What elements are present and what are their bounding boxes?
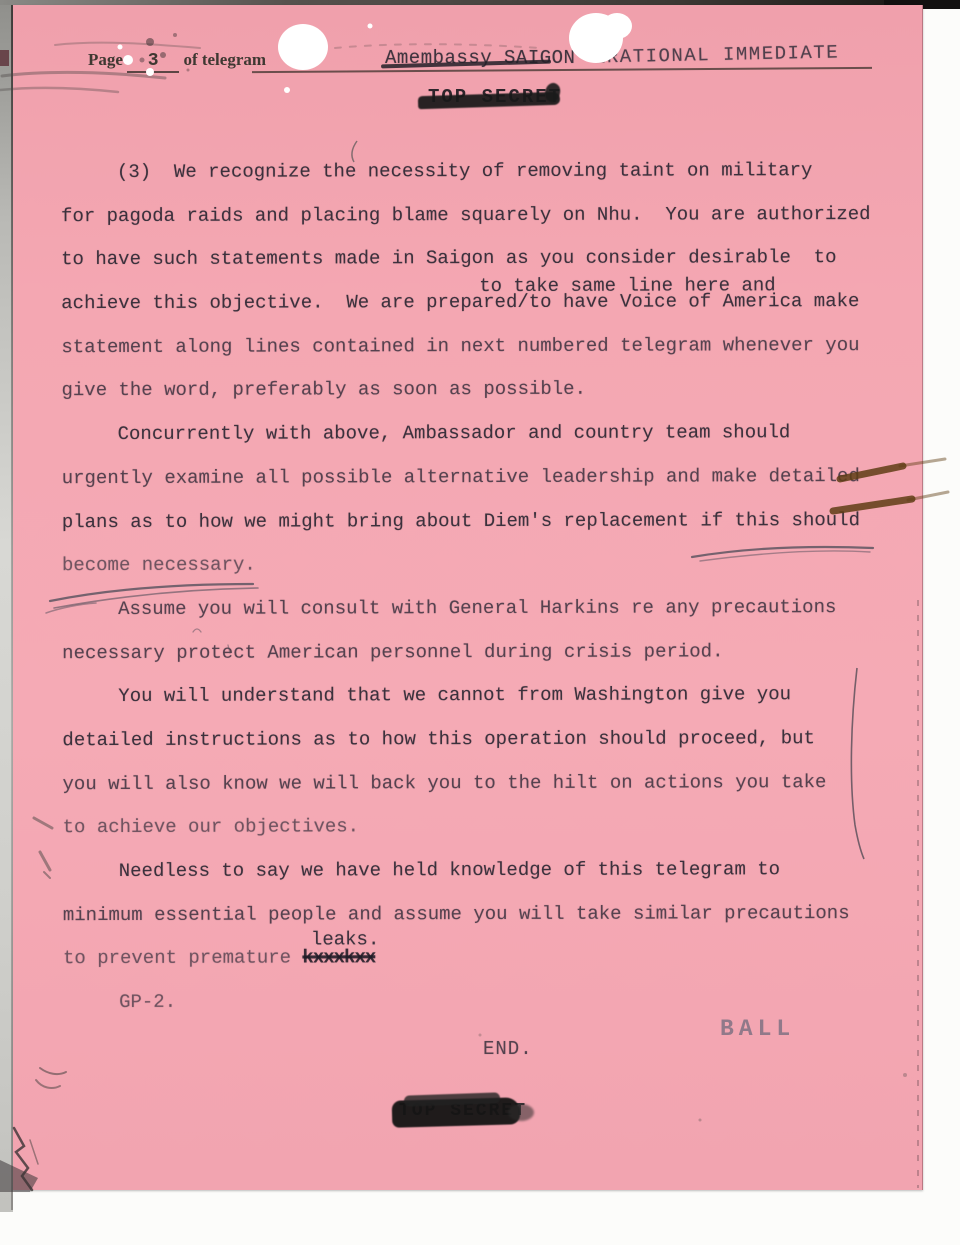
typed-line: give the word, preferably as soon as pos… [61, 367, 923, 413]
of-telegram-label: of telegram [183, 50, 266, 69]
page-header: Page 3 of telegram [88, 50, 266, 73]
typed-insertion-line: to take same line here and [479, 275, 776, 296]
typed-line: for pagoda raids and placing blame squar… [61, 193, 923, 239]
typed-line: Concurrently with above, Ambassador and … [62, 411, 924, 457]
typed-line: statement along lines contained in next … [61, 324, 923, 370]
typed-line: GP-2. [63, 979, 925, 1025]
typed-line: plans as to how we might bring about Die… [62, 498, 924, 544]
end-marking: END. [483, 1038, 533, 1060]
typed-line: Assume you will consult with General Har… [62, 586, 924, 632]
page-number: 3 [127, 51, 179, 73]
typed-line: minimum essential people and assume you … [63, 892, 925, 938]
typed-line: urgently examine all possible alternativ… [62, 455, 924, 501]
signature-stamp-ball: BALL [720, 1016, 795, 1042]
typed-line: detailed instructions as to how this ope… [62, 717, 924, 763]
typed-line: (3) We recognize the necessity of removi… [61, 149, 923, 195]
typed-line: Needless to say we have held knowledge o… [63, 848, 925, 894]
typed-line: become necessary. [62, 542, 924, 588]
typed-line: to achieve our objectives. [63, 804, 925, 850]
typed-line: necessary protect American personnel dur… [62, 629, 924, 675]
typed-body: to take same line here and leaks. (3) We… [61, 149, 925, 1025]
scanned-telegram-page: Page 3 of telegram Amembassy SAIGON ERAT… [0, 0, 960, 1245]
typed-insertion-correction: leaks. [311, 929, 379, 949]
typed-line: You will understand that we cannot from … [62, 673, 924, 719]
typed-line: to prevent premature kxxxkxx [63, 935, 925, 981]
typed-line: you will also know we will back you to t… [62, 760, 924, 806]
redaction-marker-bottom-fringe [508, 1104, 534, 1121]
page-label: Page [88, 50, 123, 69]
